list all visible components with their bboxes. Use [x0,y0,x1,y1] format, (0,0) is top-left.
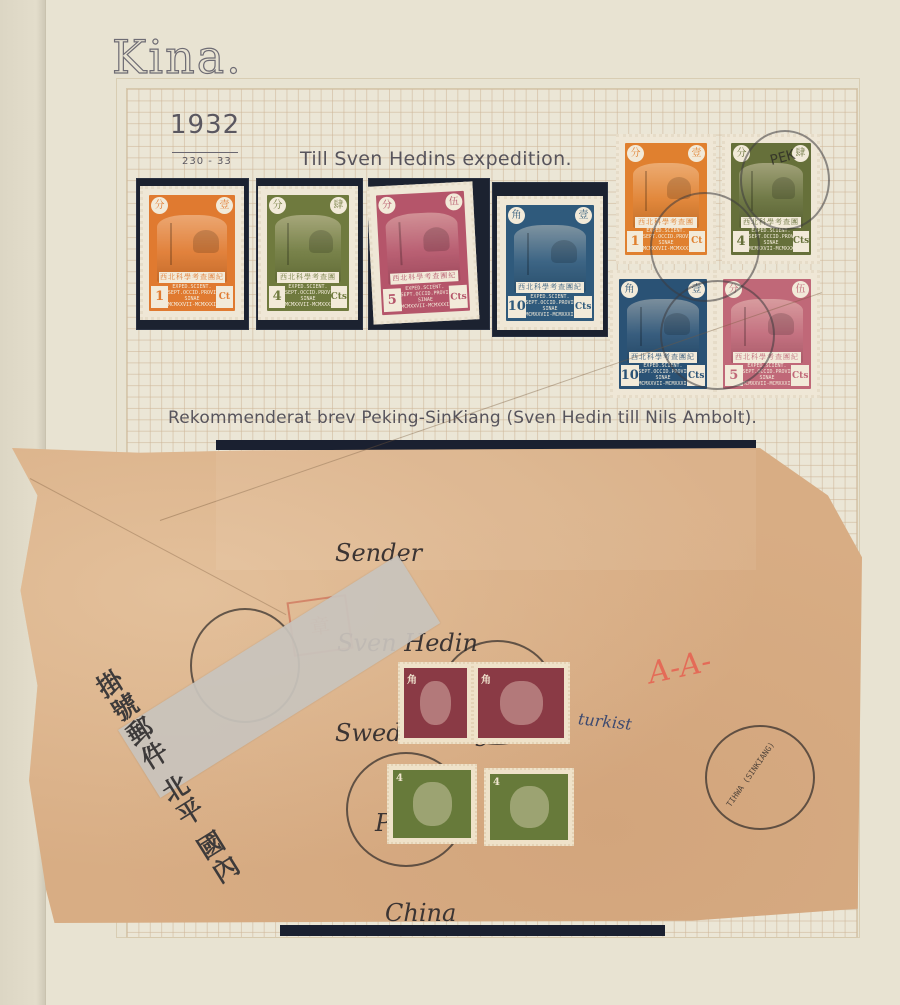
stamp-top-frame: 分 壹 [149,195,235,215]
stamp: 分 壹 西北科學考查團紀念 1 EXPED.SCIENT. SEPT.OCCID… [140,186,244,320]
stamp-denomination-char: 分 [627,145,644,162]
stamp-denomination-char: 角 [621,281,638,298]
stamp-chinese-banner: 西北科學考查團紀念 [159,272,225,283]
stamp-denomination-char: 伍 [792,281,809,298]
cover-stamp: 4 [387,764,477,844]
stamp-value: 4 [269,286,285,308]
stamp-value: 10 [621,365,639,386]
stamp-denomination-char: 分 [378,196,396,214]
cancel-postmark [740,130,830,230]
stamp-denomination-char: 壹 [216,197,233,214]
junk-stamp-design: 角 [404,668,467,738]
postmark-tihwa [705,725,815,830]
stamp-latin-legend: EXPED.SCIENT. SEPT.OCCID.PROVINC. SINAE … [168,284,216,308]
stamp-denomination-char: 分 [151,197,168,214]
cover-stamp: 4 [484,768,574,846]
junk-stamp-design: 4 [393,770,471,838]
stamp-currency: Cts [331,286,347,308]
stamp-value: 角 [407,671,417,686]
stamp-currency: Cts [793,231,809,252]
stamp-currency: Cts [791,365,809,386]
stamp-chinese-banner: 西北科學考查團紀念 [277,272,339,283]
stamp-top-frame: 分 伍 [376,191,465,216]
issue-year: 1932 [170,110,240,140]
stamp-value: 4 [493,777,500,788]
set-heading: Till Sven Hedins expedition. [300,148,572,170]
junk-stamp-design: 4 [490,774,568,840]
stamp-value: 角 [481,671,491,686]
stamp-currency: Ct [216,286,233,308]
year-underline [172,152,238,153]
stamp-value: 4 [396,773,403,784]
stamp: 分 肆 西北科學考查團紀念 4 EXPED.SCIENT. SEPT.OCCID… [258,186,358,320]
stamp-chinese-banner: 西北科學考查團紀念 [516,282,584,293]
stamp-latin-legend: EXPED.SCIENT. SEPT.OCCID.PROVINC. SINAE … [400,283,451,311]
cover-stamp: 角 [472,662,570,744]
cancel-postmark [660,280,775,390]
stamp: 分 伍 西北科學考查團紀念 5 EXPED.SCIENT. SEPT.OCCID… [366,181,479,324]
cover-stamp: 角 [398,662,473,744]
stamp-latin-legend: EXPED.SCIENT. SEPT.OCCID.PROVINC. SINAE … [285,284,331,308]
cover-mount-strip-bottom [280,925,665,936]
stamp-value: 1 [627,231,643,252]
stamp-denomination-char: 壹 [688,145,705,162]
stamp-denomination-char: 伍 [445,192,463,210]
catalog-numbers: 230 - 33 [182,156,232,167]
stamp-latin-legend: EXPED.SCIENT. SEPT.OCCID.PROVINC. SINAE … [525,294,574,318]
stamp-top-frame: 角 壹 [506,205,594,225]
junk-stamp-design: 角 [478,668,564,738]
country-title: Kina. [112,30,243,84]
stamp-currency: Cts [449,285,468,309]
stamp-denomination-char: 分 [269,197,286,214]
stamp-value: 1 [151,286,168,308]
stamp-denomination-char: 壹 [575,207,592,224]
stamp-top-frame: 分 壹 [625,143,707,163]
stamp-currency: Cts [574,296,592,318]
cover-heading: Rekommenderat brev Peking-SinKiang (Sven… [168,408,757,428]
stamp-value: 10 [508,296,526,318]
sender-line: China [335,898,552,928]
stamp: 角 壹 西北科學考查團紀念 10 EXPED.SCIENT. SEPT.OCCI… [497,196,603,330]
stamp-denomination-char: 肆 [330,197,347,214]
stamp-denomination-char: 角 [508,207,525,224]
stamp-value: 5 [383,288,402,312]
sender-line: Sender [335,538,552,568]
stamp-top-frame: 分 肆 [267,195,349,215]
